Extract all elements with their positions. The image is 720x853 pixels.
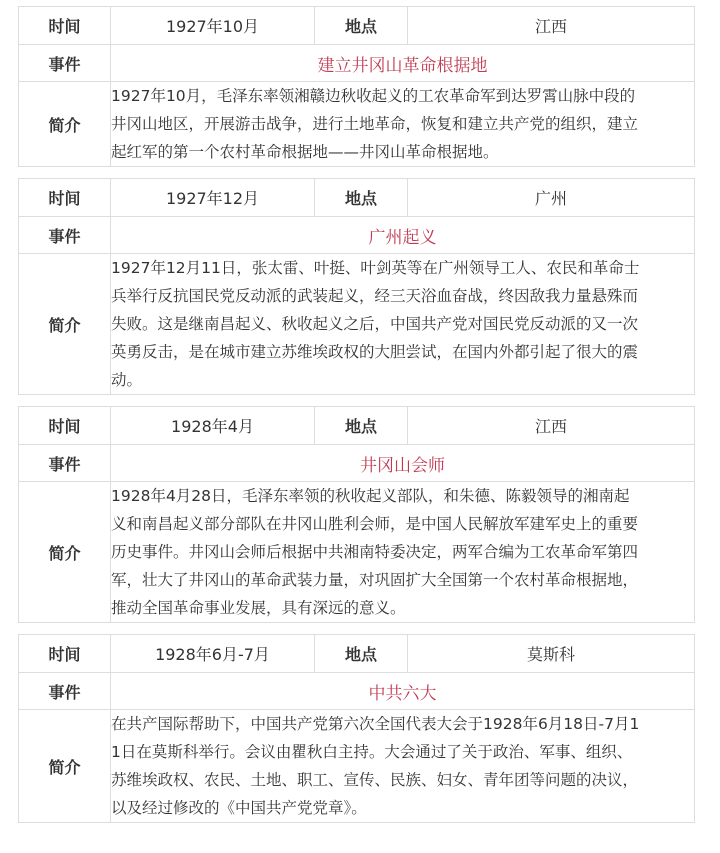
place-label: 地点	[315, 407, 408, 445]
event-row: 事件 中共六大	[19, 673, 695, 710]
intro-line: 1927年10月，毛泽东率领湘赣边秋收起义的工农革命军到达罗霄山脉中段的	[111, 82, 694, 110]
intro-text: 1928年4月28日，毛泽东率领的秋收起义部队，和朱德、陈毅领导的湘南起 义和南…	[111, 482, 695, 623]
place-label: 地点	[315, 7, 408, 45]
event-timeline: 时间 1927年10月 地点 江西 事件 建立井冈山革命根据地 简介 1927年…	[18, 6, 695, 834]
event-table-2: 时间 1927年12月 地点 广州 事件 广州起义 简介 1927年12月11日…	[18, 178, 695, 395]
time-value: 1928年6月-7月	[111, 635, 315, 673]
intro-line: 以及经过修改的《中国共产党党章》。	[111, 794, 694, 822]
intro-line: 兵举行反抗国民党反动派的武装起义，经三天浴血奋战，终因敌我力量悬殊而	[111, 282, 694, 310]
event-label: 事件	[19, 45, 111, 82]
place-value: 莫斯科	[408, 635, 695, 673]
event-row: 事件 建立井冈山革命根据地	[19, 45, 695, 82]
time-place-row: 时间 1927年10月 地点 江西	[19, 7, 695, 45]
intro-line: 在共产国际帮助下，中国共产党第六次全国代表大会于1928年6月18日-7月1	[111, 710, 694, 738]
intro-line: 井冈山地区，开展游击战争，进行土地革命，恢复和建立共产党的组织，建立	[111, 110, 694, 138]
event-table-4: 时间 1928年6月-7月 地点 莫斯科 事件 中共六大 简介 在共产国际帮助下…	[18, 634, 695, 823]
intro-line: 失败。这是继南昌起义、秋收起义之后，中国共产党对国民党反动派的又一次	[111, 310, 694, 338]
intro-line: 1927年12月11日，张太雷、叶挺、叶剑英等在广州领导工人、农民和革命士	[111, 254, 694, 282]
time-label: 时间	[19, 179, 111, 217]
event-table-3: 时间 1928年4月 地点 江西 事件 井冈山会师 简介 1928年4月28日，…	[18, 406, 695, 623]
event-title: 建立井冈山革命根据地	[111, 45, 695, 82]
time-label: 时间	[19, 635, 111, 673]
intro-line: 军，壮大了井冈山的革命武装力量，对巩固扩大全国第一个农村革命根据地，	[111, 566, 694, 594]
place-value: 江西	[408, 407, 695, 445]
intro-line: 苏维埃政权、农民、土地、职工、宣传、民族、妇女、青年团等问题的决议，	[111, 766, 694, 794]
time-value: 1928年4月	[111, 407, 315, 445]
time-value: 1927年12月	[111, 179, 315, 217]
place-label: 地点	[315, 635, 408, 673]
event-label: 事件	[19, 217, 111, 254]
intro-label: 简介	[19, 82, 111, 167]
time-label: 时间	[19, 7, 111, 45]
intro-line: 起红军的第一个农村革命根据地——井冈山革命根据地。	[111, 138, 694, 166]
place-value: 江西	[408, 7, 695, 45]
place-label: 地点	[315, 179, 408, 217]
place-value: 广州	[408, 179, 695, 217]
intro-text: 在共产国际帮助下，中国共产党第六次全国代表大会于1928年6月18日-7月1 1…	[111, 710, 695, 823]
intro-line: 历史事件。井冈山会师后根据中共湘南特委决定，两军合编为工农革命军第四	[111, 538, 694, 566]
intro-line: 义和南昌起义部分部队在井冈山胜利会师，是中国人民解放军建军史上的重要	[111, 510, 694, 538]
intro-text: 1927年10月，毛泽东率领湘赣边秋收起义的工农革命军到达罗霄山脉中段的 井冈山…	[111, 82, 695, 167]
event-row: 事件 井冈山会师	[19, 445, 695, 482]
intro-label: 简介	[19, 710, 111, 823]
intro-line: 推动全国革命事业发展，具有深远的意义。	[111, 594, 694, 622]
event-row: 事件 广州起义	[19, 217, 695, 254]
event-title: 广州起义	[111, 217, 695, 254]
intro-line: 动。	[111, 366, 694, 394]
intro-row: 简介 1928年4月28日，毛泽东率领的秋收起义部队，和朱德、陈毅领导的湘南起 …	[19, 482, 695, 623]
time-value: 1927年10月	[111, 7, 315, 45]
intro-label: 简介	[19, 482, 111, 623]
event-table-1: 时间 1927年10月 地点 江西 事件 建立井冈山革命根据地 简介 1927年…	[18, 6, 695, 167]
time-label: 时间	[19, 407, 111, 445]
intro-text: 1927年12月11日，张太雷、叶挺、叶剑英等在广州领导工人、农民和革命士 兵举…	[111, 254, 695, 395]
event-title: 井冈山会师	[111, 445, 695, 482]
intro-line: 1928年4月28日，毛泽东率领的秋收起义部队，和朱德、陈毅领导的湘南起	[111, 482, 694, 510]
time-place-row: 时间 1928年4月 地点 江西	[19, 407, 695, 445]
intro-label: 简介	[19, 254, 111, 395]
intro-row: 简介 1927年10月，毛泽东率领湘赣边秋收起义的工农革命军到达罗霄山脉中段的 …	[19, 82, 695, 167]
event-label: 事件	[19, 673, 111, 710]
intro-line: 英勇反击，是在城市建立苏维埃政权的大胆尝试，在国内外都引起了很大的震	[111, 338, 694, 366]
intro-row: 简介 1927年12月11日，张太雷、叶挺、叶剑英等在广州领导工人、农民和革命士…	[19, 254, 695, 395]
intro-row: 简介 在共产国际帮助下，中国共产党第六次全国代表大会于1928年6月18日-7月…	[19, 710, 695, 823]
time-place-row: 时间 1927年12月 地点 广州	[19, 179, 695, 217]
time-place-row: 时间 1928年6月-7月 地点 莫斯科	[19, 635, 695, 673]
event-title: 中共六大	[111, 673, 695, 710]
event-label: 事件	[19, 445, 111, 482]
intro-line: 1日在莫斯科举行。会议由瞿秋白主持。大会通过了关于政治、军事、组织、	[111, 738, 694, 766]
